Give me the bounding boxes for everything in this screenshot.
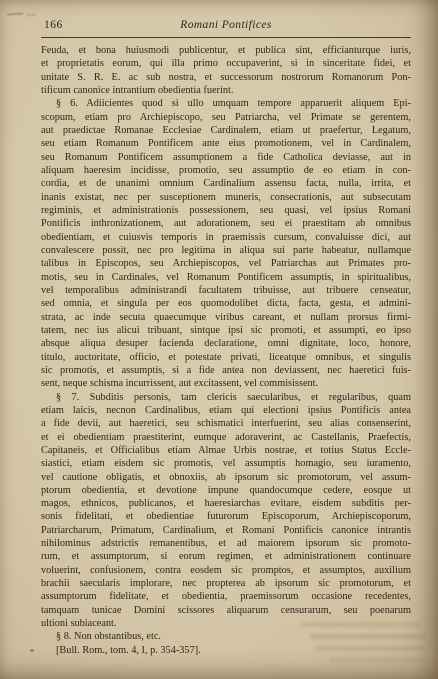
text-line: tamquam tunicae Domini scissores aliquar… <box>41 604 411 617</box>
text-line: et proprietatis eorum, qui illa primo oc… <box>41 57 411 70</box>
text-line: sent, neque schisma incurrissent, aut ex… <box>41 377 411 390</box>
text-line: Pontificis inthronizationem, aut adorati… <box>41 217 411 230</box>
text-line: cordia, et de unanimi omnium Cardinalium… <box>41 177 411 190</box>
text-line: titulo, auctoritate, officio, et potesta… <box>41 351 411 364</box>
text-line: a fide devii, aut haeretici, seu schisma… <box>41 417 411 430</box>
running-header-title: Romani Pontifices <box>41 19 411 31</box>
text-line: tificum canonice intrantium obedientia f… <box>41 84 411 97</box>
text-line: § 6. Adiicientes quod si ullo umquam tem… <box>41 97 411 110</box>
ink-speck-artifact <box>30 649 34 652</box>
text-line: sonis fidelitati, et obedientiae futuror… <box>41 510 411 523</box>
paragraph: Feuda, et bona huiusmodi publicentur, et… <box>41 44 411 97</box>
text-line: vel cautione obligatis, et obnoxiis, ab … <box>41 471 411 484</box>
pencil-mark-artifact <box>7 12 23 15</box>
text-line: siastici, etiam eisdem sic promotis, vel… <box>41 457 411 470</box>
text-line: strata, ac inde secuta quaecumque viribu… <box>41 311 411 324</box>
text-line: etiam laicis, necnon Cardinalibus, etiam… <box>41 404 411 417</box>
text-line: regiminis, et administrationis possessio… <box>41 204 411 217</box>
text-line: rum, et assumptorum, si eorum regimen, e… <box>41 550 411 563</box>
text-line: unitate S. R. E. ac sub nostra, et succe… <box>41 71 411 84</box>
header-rule <box>41 37 411 39</box>
text-line: inanis existat, nec per susceptionem mun… <box>41 191 411 204</box>
text-line: sic promotis, et assumptis, si a fide an… <box>41 364 411 377</box>
text-line: vel temporalibus administrandi facultate… <box>41 284 411 297</box>
book-page-scan: 166 Romani Pontifices Feuda, et bona hui… <box>0 0 438 679</box>
text-line: et ei obedientiam praestiterint, eumque … <box>41 431 411 444</box>
text-line: Capitaneis, et Officialibus etiam Almae … <box>41 444 411 457</box>
text-line: absque aliqua desuper facienda declarati… <box>41 337 411 350</box>
text-line: magos, ethnicos, publicanos, et haeresia… <box>41 497 411 510</box>
text-line: ptorum obedientia, et devotione impune q… <box>41 484 411 497</box>
text-line: aut praedictae Romanae Ecclesiae Cardina… <box>41 124 411 137</box>
text-line: seu Romanum Pontificem assumptionem a fi… <box>41 151 411 164</box>
pencil-mark-artifact <box>26 14 36 16</box>
paragraph: § 7. Subditis personis, tam clericis sae… <box>41 391 411 631</box>
text-line: brachii saecularis implorare, nec propte… <box>41 577 411 590</box>
text-line: seu etiam Romanum Pontificem ante eius p… <box>41 137 411 150</box>
paragraph: § 6. Adiicientes quod si ullo umquam tem… <box>41 97 411 390</box>
show-through-artifact <box>315 646 425 651</box>
text-line: assumptorum fidelitate, et obedientia, p… <box>41 590 411 603</box>
text-line: Feuda, et bona huiusmodi publicentur, et… <box>41 44 411 57</box>
show-through-artifact <box>330 657 426 662</box>
text-line: Patriarcharum, Primatum, Cardinalium, et… <box>41 524 411 537</box>
show-through-artifact <box>300 622 422 627</box>
text-line: tatem, nec ius alicui tribuant, sintque … <box>41 324 411 337</box>
text-line: sed omnia, et singula per eos quomodolib… <box>41 297 411 310</box>
running-header: 166 Romani Pontifices <box>41 19 411 34</box>
text-line: talibus in Episcopos, seu Archiepiscopos… <box>41 257 411 270</box>
text-line: nihilominus adstrictis remanentibus, et … <box>41 537 411 550</box>
text-line: aliquam haeresim incidisse, promotio, se… <box>41 164 411 177</box>
text-line: convalescere possit, nec pro legitima in… <box>41 244 411 257</box>
text-line: scopum, etiam pro Archiepiscopo, seu Pat… <box>41 111 411 124</box>
text-line: obedientiam, et cuiusvis temporis in pra… <box>41 231 411 244</box>
text-line: motis, seu in Cardinales, vel Romanum Po… <box>41 271 411 284</box>
show-through-artifact <box>310 634 426 639</box>
text-line: § 7. Subditis personis, tam clericis sae… <box>41 391 411 404</box>
page-body: Feuda, et bona huiusmodi publicentur, et… <box>41 44 411 657</box>
text-line: voluerint, confusionem, contra eosdem si… <box>41 564 411 577</box>
